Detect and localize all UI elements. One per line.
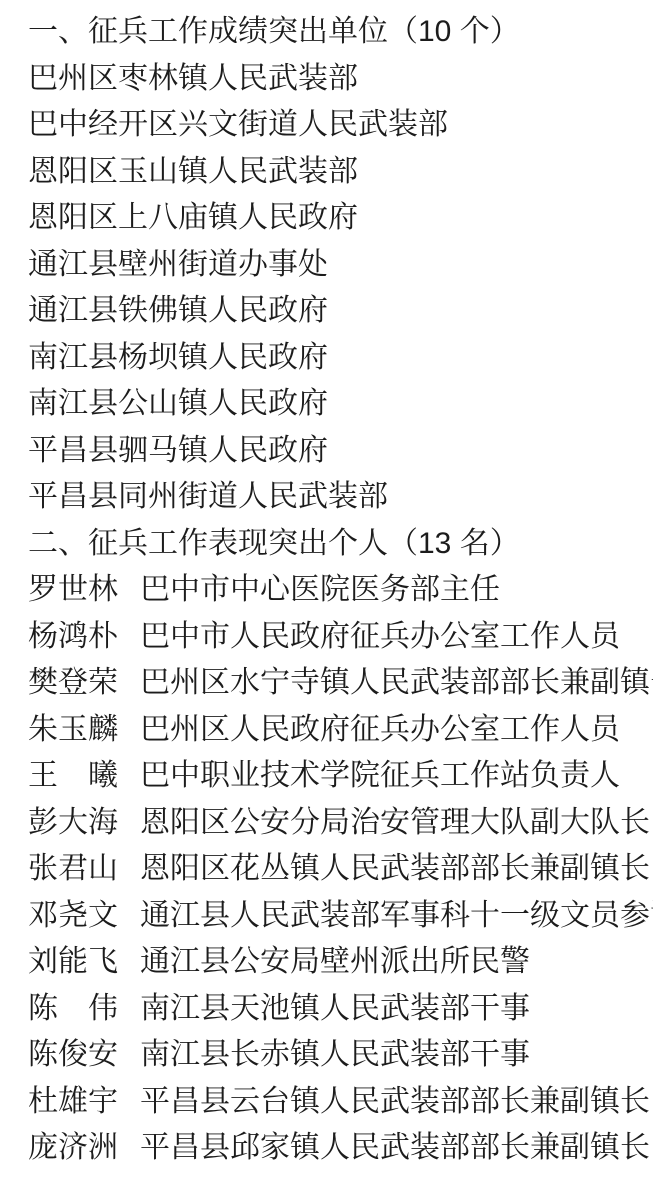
unit-item-9: 平昌县同州街道人民武装部 <box>28 474 653 521</box>
person-title: 通江县人民武装部军事科十一级文员参谋 <box>140 893 653 940</box>
person-title: 南江县长赤镇人民武装部干事 <box>140 1032 530 1079</box>
person-name: 杜雄宇 <box>28 1079 120 1126</box>
unit-item-8: 平昌县驷马镇人民政府 <box>28 428 653 475</box>
person-row-7: 邓尧文 通江县人民武装部军事科十一级文员参谋 <box>28 893 653 940</box>
person-title: 巴中市中心医院医务部主任 <box>140 567 500 614</box>
person-row-6: 张君山 恩阳区花丛镇人民武装部部长兼副镇长 <box>28 846 653 893</box>
person-name: 邓尧文 <box>28 893 120 940</box>
person-title: 巴中市人民政府征兵办公室工作人员 <box>140 614 620 661</box>
person-name: 王 曦 <box>28 753 120 800</box>
person-name: 杨鸿朴 <box>28 614 120 661</box>
person-title: 巴州区人民政府征兵办公室工作人员 <box>140 707 620 754</box>
person-row-4: 王 曦 巴中职业技术学院征兵工作站负责人 <box>28 753 653 800</box>
unit-item-3: 恩阳区上八庙镇人民政府 <box>28 195 653 242</box>
person-title: 通江县公安局壁州派出所民警 <box>140 939 530 986</box>
person-title: 恩阳区花丛镇人民武装部部长兼副镇长 <box>140 846 650 893</box>
person-row-0: 罗世林 巴中市中心医院医务部主任 <box>28 567 653 614</box>
unit-item-0: 巴州区枣林镇人民武装部 <box>28 56 653 103</box>
person-title: 平昌县云台镇人民武装部部长兼副镇长 <box>140 1079 650 1126</box>
person-name: 彭大海 <box>28 800 120 847</box>
person-name: 陈 伟 <box>28 986 120 1033</box>
person-name: 樊登荣 <box>28 660 120 707</box>
person-row-10: 陈俊安 南江县长赤镇人民武装部干事 <box>28 1032 653 1079</box>
person-title: 平昌县邱家镇人民武装部部长兼副镇长 <box>140 1125 650 1172</box>
person-title: 恩阳区公安分局治安管理大队副大队长 <box>140 800 650 847</box>
person-name: 朱玉麟 <box>28 707 120 754</box>
person-name: 庞济洲 <box>28 1125 120 1172</box>
unit-item-5: 通江县铁佛镇人民政府 <box>28 288 653 335</box>
person-row-5: 彭大海 恩阳区公安分局治安管理大队副大队长 <box>28 800 653 847</box>
unit-item-4: 通江县壁州街道办事处 <box>28 242 653 289</box>
individuals-section-heading: 二、征兵工作表现突出个人（13 名） <box>28 521 653 568</box>
unit-item-6: 南江县杨坝镇人民政府 <box>28 335 653 382</box>
person-title: 南江县天池镇人民武装部干事 <box>140 986 530 1033</box>
person-row-8: 刘能飞 通江县公安局壁州派出所民警 <box>28 939 653 986</box>
person-row-1: 杨鸿朴 巴中市人民政府征兵办公室工作人员 <box>28 614 653 661</box>
unit-item-1: 巴中经开区兴文街道人民武装部 <box>28 102 653 149</box>
person-row-3: 朱玉麟 巴州区人民政府征兵办公室工作人员 <box>28 707 653 754</box>
commendation-document: 一、征兵工作成绩突出单位（10 个） 巴州区枣林镇人民武装部 巴中经开区兴文街道… <box>0 0 653 1194</box>
person-name: 陈俊安 <box>28 1032 120 1079</box>
unit-item-7: 南江县公山镇人民政府 <box>28 381 653 428</box>
unit-item-2: 恩阳区玉山镇人民武装部 <box>28 149 653 196</box>
units-section-heading: 一、征兵工作成绩突出单位（10 个） <box>28 9 653 56</box>
person-row-2: 樊登荣 巴州区水宁寺镇人民武装部部长兼副镇长 <box>28 660 653 707</box>
person-name: 罗世林 <box>28 567 120 614</box>
person-name: 张君山 <box>28 846 120 893</box>
person-title: 巴中职业技术学院征兵工作站负责人 <box>140 753 620 800</box>
person-name: 刘能飞 <box>28 939 120 986</box>
person-row-11: 杜雄宇 平昌县云台镇人民武装部部长兼副镇长 <box>28 1079 653 1126</box>
person-row-12: 庞济洲 平昌县邱家镇人民武装部部长兼副镇长 <box>28 1125 653 1172</box>
person-row-9: 陈 伟 南江县天池镇人民武装部干事 <box>28 986 653 1033</box>
person-title: 巴州区水宁寺镇人民武装部部长兼副镇长 <box>140 660 653 707</box>
